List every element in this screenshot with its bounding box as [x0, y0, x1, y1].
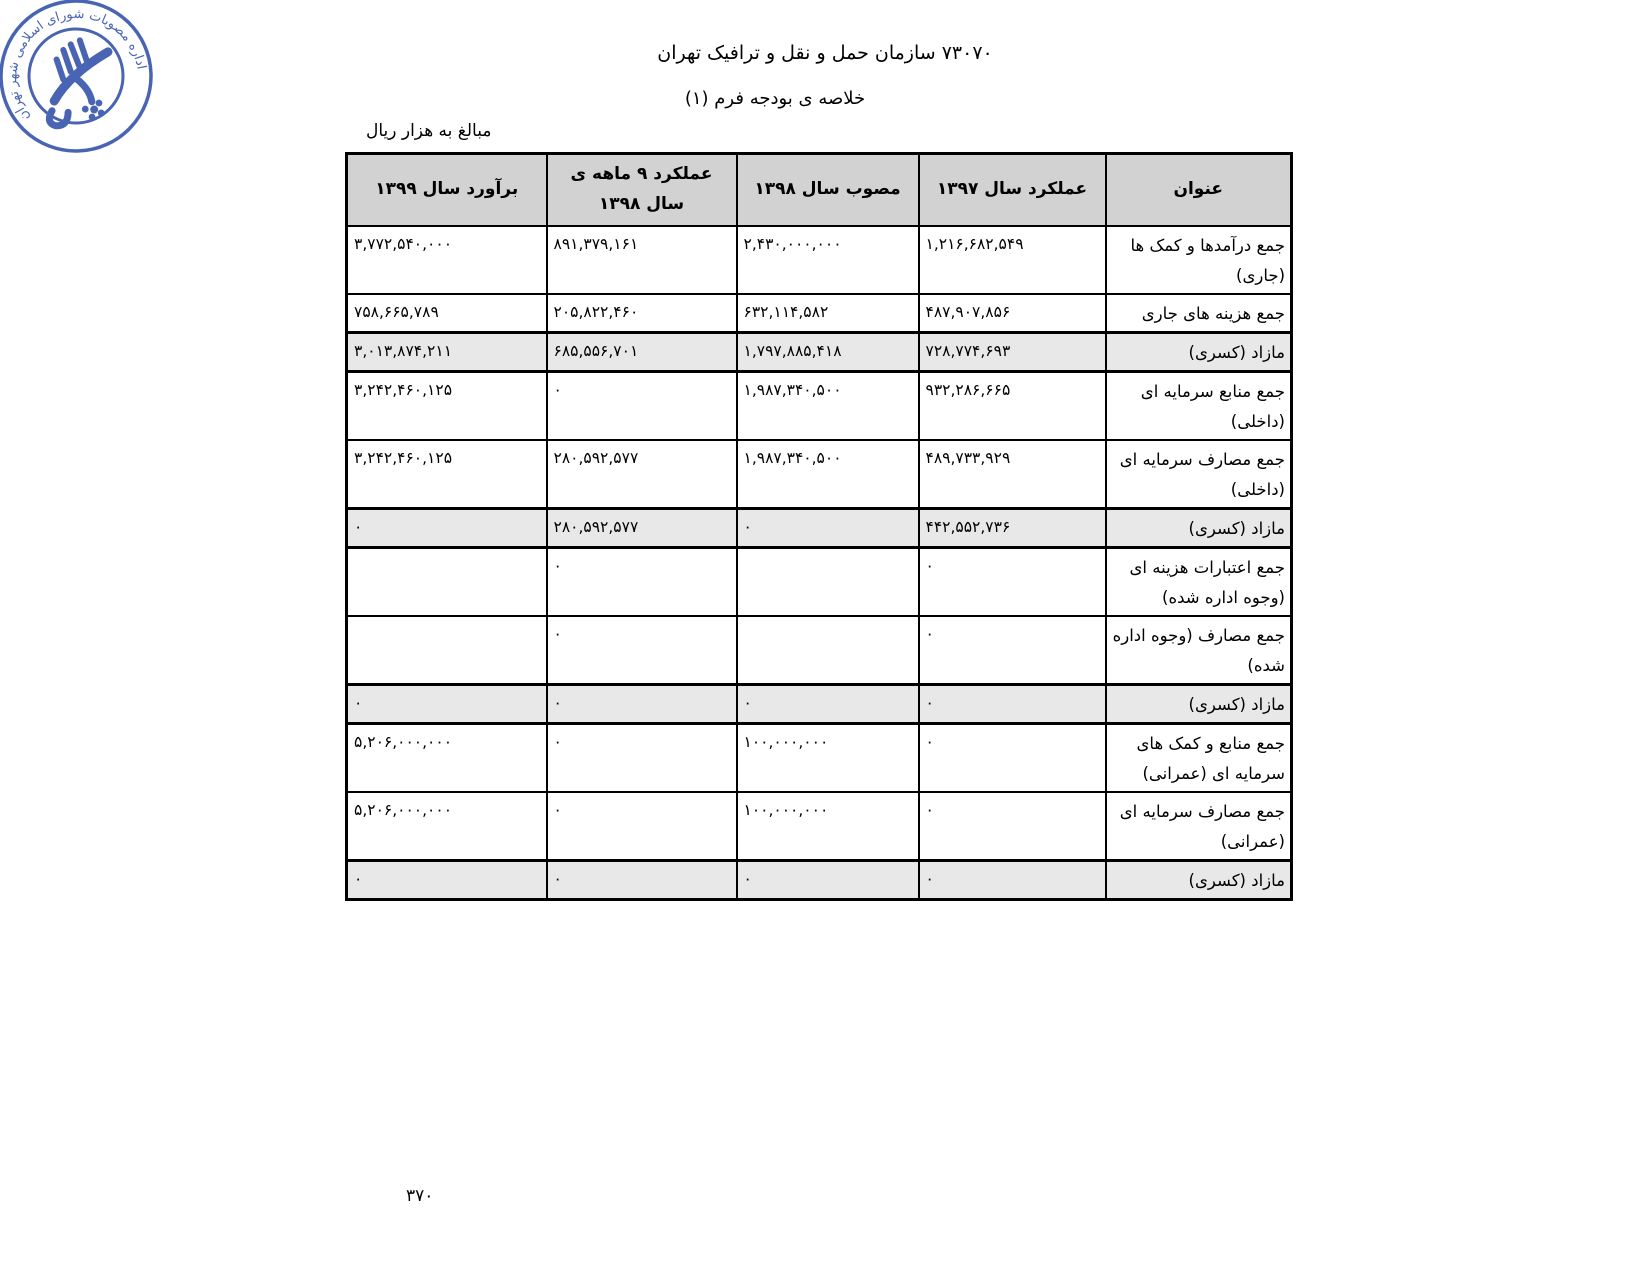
row-label: جمع مصارف سرمایه ای (داخلی) — [1106, 440, 1292, 509]
cell-perf-1397: ۴۴۲,۵۵۲,۷۳۶ — [919, 509, 1106, 548]
cell-perf-9month-1398: ۰ — [547, 724, 737, 793]
cell-approved-1398: ۰ — [737, 685, 919, 724]
row-label: جمع اعتبارات هزینه ای (وجوه اداره شده) — [1106, 548, 1292, 617]
row-label: مازاد (کسری) — [1106, 509, 1292, 548]
row-label: جمع درآمدها و کمک ها (جاری) — [1106, 226, 1292, 294]
row-label: جمع هزینه های جاری — [1106, 294, 1292, 333]
cell-perf-9month-1398: ۲۰۵,۸۲۲,۴۶۰ — [547, 294, 737, 333]
cell-approved-1398: ۱,۹۸۷,۳۴۰,۵۰۰ — [737, 372, 919, 441]
cell-perf-9month-1398: ۰ — [547, 861, 737, 900]
cell-perf-9month-1398: ۲۸۰,۵۹۲,۵۷۷ — [547, 509, 737, 548]
cell-estimate-1399: ۳,۰۱۳,۸۷۴,۲۱۱ — [347, 333, 547, 372]
cell-perf-9month-1398: ۰ — [547, 685, 737, 724]
cell-perf-9month-1398: ۶۸۵,۵۵۶,۷۰۱ — [547, 333, 737, 372]
document-title: ۷۳۰۷۰ سازمان حمل و نقل و ترافیک تهران — [0, 42, 1650, 64]
cell-approved-1398: ۰ — [737, 861, 919, 900]
row-label: جمع منابع سرمایه ای (داخلی) — [1106, 372, 1292, 441]
cell-perf-1397: ۰ — [919, 616, 1106, 685]
cell-estimate-1399: ۰ — [347, 509, 547, 548]
council-stamp: اداره مصوبات شورای اسلامی شهر تهران — [0, 0, 166, 164]
cell-approved-1398: ۶۳۲,۱۱۴,۵۸۲ — [737, 294, 919, 333]
cell-perf-1397: ۰ — [919, 861, 1106, 900]
table-row-surplus: مازاد (کسری) ۰ ۰ ۰ ۰ — [347, 685, 1292, 724]
table-row: جمع درآمدها و کمک ها (جاری) ۱,۲۱۶,۶۸۲,۵۴… — [347, 226, 1292, 294]
cell-perf-9month-1398: ۰ — [547, 792, 737, 861]
table-row: جمع مصارف سرمایه ای (عمرانی) ۰ ۱۰۰,۰۰۰,۰… — [347, 792, 1292, 861]
cell-estimate-1399: ۵,۲۰۶,۰۰۰,۰۰۰ — [347, 724, 547, 793]
cell-approved-1398: ۱,۹۸۷,۳۴۰,۵۰۰ — [737, 440, 919, 509]
cell-estimate-1399: ۰ — [347, 861, 547, 900]
cell-estimate-1399: ۳,۲۴۲,۴۶۰,۱۲۵ — [347, 372, 547, 441]
table-row: جمع منابع سرمایه ای (داخلی) ۹۳۲,۲۸۶,۶۶۵ … — [347, 372, 1292, 441]
document-page: اداره مصوبات شورای اسلامی شهر تهران — [0, 0, 1650, 1275]
cell-estimate-1399: ۳,۲۴۲,۴۶۰,۱۲۵ — [347, 440, 547, 509]
cell-perf-1397: ۰ — [919, 792, 1106, 861]
row-label: مازاد (کسری) — [1106, 861, 1292, 900]
cell-estimate-1399: ۷۵۸,۶۶۵,۷۸۹ — [347, 294, 547, 333]
cell-approved-1398: ۲,۴۳۰,۰۰۰,۰۰۰ — [737, 226, 919, 294]
column-header-perf-1397: عملکرد سال ۱۳۹۷ — [919, 154, 1106, 227]
cell-estimate-1399 — [347, 616, 547, 685]
cell-estimate-1399: ۵,۲۰۶,۰۰۰,۰۰۰ — [347, 792, 547, 861]
table-header-row: عنوان عملکرد سال ۱۳۹۷ مصوب سال ۱۳۹۸ عملک… — [347, 154, 1292, 227]
cell-perf-9month-1398: ۰ — [547, 548, 737, 617]
table-row: جمع مصارف سرمایه ای (داخلی) ۴۸۹,۷۳۳,۹۲۹ … — [347, 440, 1292, 509]
table-row: جمع مصارف (وجوه اداره شده) ۰ ۰ — [347, 616, 1292, 685]
cell-approved-1398 — [737, 616, 919, 685]
row-label: مازاد (کسری) — [1106, 685, 1292, 724]
cell-estimate-1399 — [347, 548, 547, 617]
cell-approved-1398: ۱۰۰,۰۰۰,۰۰۰ — [737, 724, 919, 793]
cell-approved-1398: ۱,۷۹۷,۸۸۵,۴۱۸ — [737, 333, 919, 372]
cell-perf-1397: ۰ — [919, 548, 1106, 617]
page-number: ۳۷۰ — [406, 1186, 433, 1206]
row-label: جمع منابع و کمک های سرمایه ای (عمرانی) — [1106, 724, 1292, 793]
table-row-surplus: مازاد (کسری) ۷۲۸,۷۷۴,۶۹۳ ۱,۷۹۷,۸۸۵,۴۱۸ ۶… — [347, 333, 1292, 372]
row-label: جمع مصارف (وجوه اداره شده) — [1106, 616, 1292, 685]
cell-perf-1397: ۰ — [919, 685, 1106, 724]
stamp-outer-ring — [0, 0, 166, 164]
cell-perf-1397: ۱,۲۱۶,۶۸۲,۵۴۹ — [919, 226, 1106, 294]
cell-perf-1397: ۹۳۲,۲۸۶,۶۶۵ — [919, 372, 1106, 441]
cell-approved-1398: ۰ — [737, 509, 919, 548]
cell-perf-9month-1398: ۸۹۱,۳۷۹,۱۶۱ — [547, 226, 737, 294]
cell-perf-1397: ۰ — [919, 724, 1106, 793]
cell-estimate-1399: ۰ — [347, 685, 547, 724]
amounts-unit-note: مبالغ به هزار ریال — [366, 121, 491, 141]
document-subtitle: خلاصه ی بودجه فرم (۱) — [0, 88, 1550, 109]
cell-perf-1397: ۴۸۹,۷۳۳,۹۲۹ — [919, 440, 1106, 509]
row-label: مازاد (کسری) — [1106, 333, 1292, 372]
cell-perf-9month-1398: ۲۸۰,۵۹۲,۵۷۷ — [547, 440, 737, 509]
cell-estimate-1399: ۳,۷۷۲,۵۴۰,۰۰۰ — [347, 226, 547, 294]
table-row: جمع منابع و کمک های سرمایه ای (عمرانی) ۰… — [347, 724, 1292, 793]
cell-perf-1397: ۷۲۸,۷۷۴,۶۹۳ — [919, 333, 1106, 372]
column-header-approved-1398: مصوب سال ۱۳۹۸ — [737, 154, 919, 227]
cell-approved-1398: ۱۰۰,۰۰۰,۰۰۰ — [737, 792, 919, 861]
column-header-perf-9month-1398: عملکرد ۹ ماهه ی سال ۱۳۹۸ — [547, 154, 737, 227]
cell-perf-9month-1398: ۰ — [547, 616, 737, 685]
table-row-surplus: مازاد (کسری) ۴۴۲,۵۵۲,۷۳۶ ۰ ۲۸۰,۵۹۲,۵۷۷ ۰ — [347, 509, 1292, 548]
council-stamp-icon: اداره مصوبات شورای اسلامی شهر تهران — [0, 0, 166, 164]
cell-perf-9month-1398: ۰ — [547, 372, 737, 441]
stamp-inner-ring — [14, 14, 138, 138]
budget-summary-table: عنوان عملکرد سال ۱۳۹۷ مصوب سال ۱۳۹۸ عملک… — [345, 152, 1293, 901]
cell-perf-1397: ۴۸۷,۹۰۷,۸۵۶ — [919, 294, 1106, 333]
column-header-title: عنوان — [1106, 154, 1292, 227]
table-row: جمع هزینه های جاری ۴۸۷,۹۰۷,۸۵۶ ۶۳۲,۱۱۴,۵… — [347, 294, 1292, 333]
row-label: جمع مصارف سرمایه ای (عمرانی) — [1106, 792, 1292, 861]
table-row-surplus: مازاد (کسری) ۰ ۰ ۰ ۰ — [347, 861, 1292, 900]
cell-approved-1398 — [737, 548, 919, 617]
column-header-estimate-1399: برآورد سال ۱۳۹۹ — [347, 154, 547, 227]
table-row: جمع اعتبارات هزینه ای (وجوه اداره شده) ۰… — [347, 548, 1292, 617]
